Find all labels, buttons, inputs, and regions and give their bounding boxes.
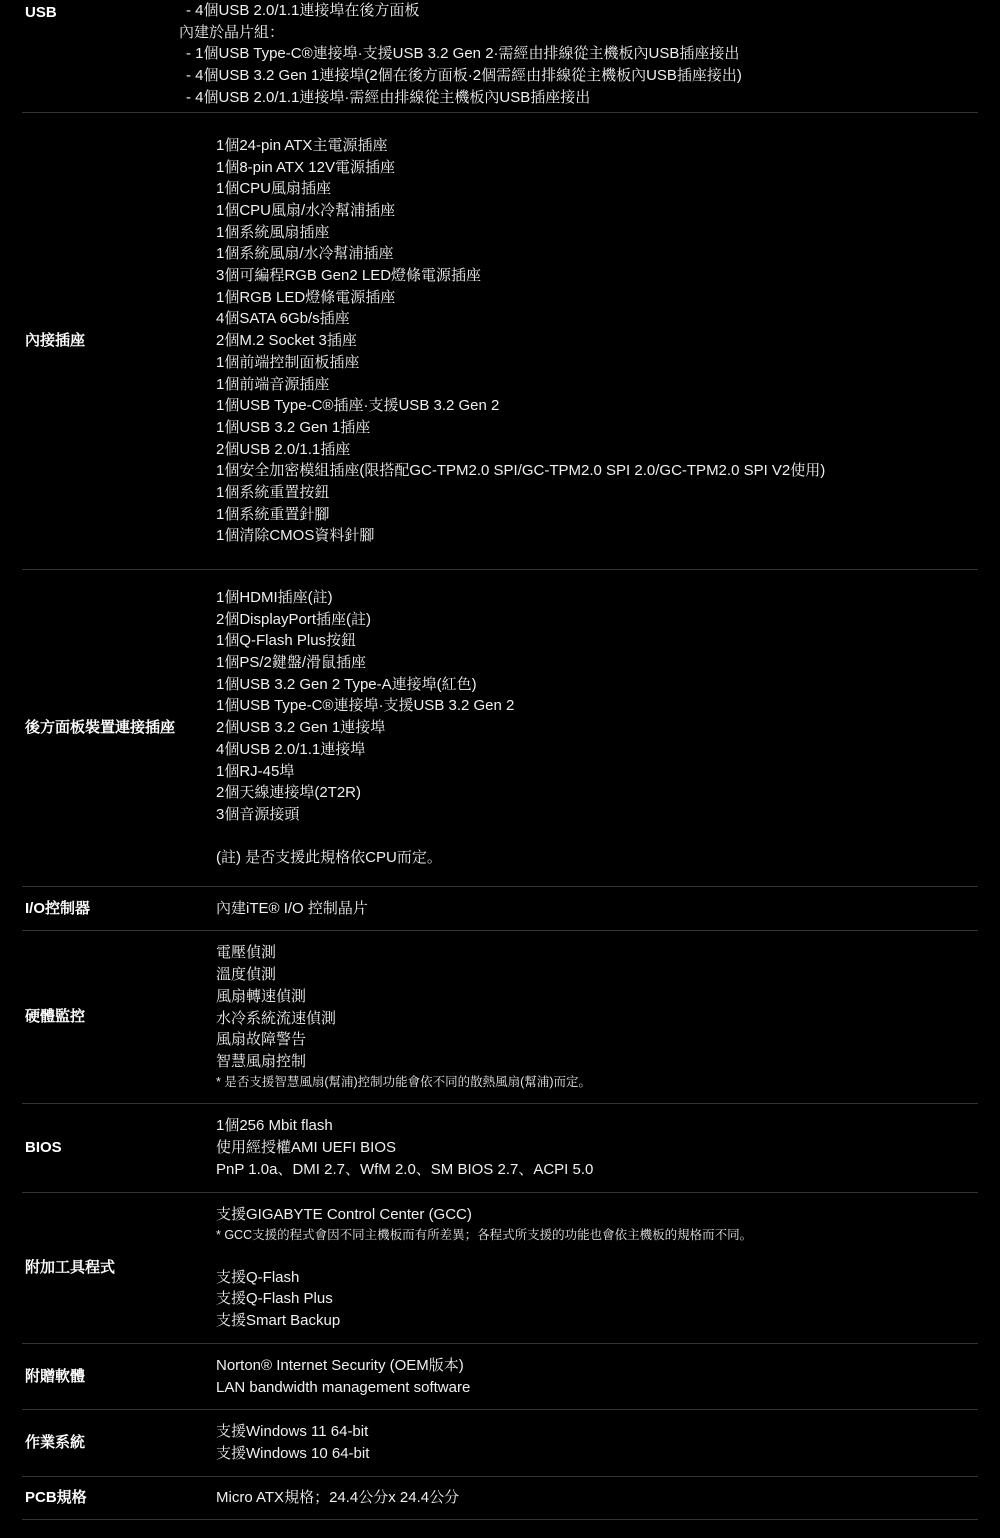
spec-line: 內建iTE® I/O 控制晶片: [216, 898, 978, 920]
spec-line: 1個RGB LED燈條電源插座: [216, 287, 978, 309]
spec-line: 1個前端控制面板插座: [216, 352, 978, 374]
spec-line: 1個系統風扇/水冷幫浦插座: [216, 243, 978, 265]
spec-line: 1個USB 3.2 Gen 2 Type-A連接埠(紅色): [216, 674, 978, 696]
spec-row-content: 電壓偵測溫度偵測風扇轉速偵測水冷系統流速偵測風扇故障警告智慧風扇控制* 是否支援…: [216, 942, 978, 1091]
spec-line: 1個安全加密模組插座(限搭配GC-TPM2.0 SPI/GC-TPM2.0 SP…: [216, 460, 978, 482]
spec-line: 1個系統重置按鈕: [216, 482, 978, 504]
spec-line: - 4個USB 2.0/1.1連接埠在後方面板: [179, 0, 978, 22]
spec-line: 2個DisplayPort插座(註): [216, 609, 978, 631]
spec-line: 1個CPU風扇插座: [216, 178, 978, 200]
spec-line: 1個清除CMOS資料針腳: [216, 525, 978, 547]
spec-row-label: 內接插座: [22, 331, 216, 351]
spec-line: 4個USB 2.0/1.1連接埠: [216, 739, 978, 761]
spec-row: 附贈軟體Norton® Internet Security (OEM版本)LAN…: [22, 1344, 978, 1410]
spec-line: Micro ATX規格；24.4公分x 24.4公分: [216, 1487, 978, 1509]
spec-row: BIOS1個256 Mbit flash使用經授權AMI UEFI BIOSPn…: [22, 1104, 978, 1193]
spec-line-gap: [216, 1245, 978, 1267]
spec-row: 內接插座1個24-pin ATX主電源插座1個8-pin ATX 12V電源插座…: [22, 113, 978, 570]
spec-line: * 是否支援智慧風扇(幫浦)控制功能會依不同的散熱風扇(幫浦)而定。: [216, 1073, 978, 1092]
spec-line: - 4個USB 3.2 Gen 1連接埠(2個在後方面板·2個需經由排線從主機板…: [179, 65, 978, 87]
spec-line: 1個系統風扇插座: [216, 222, 978, 244]
spec-line: 1個USB 3.2 Gen 1插座: [216, 417, 978, 439]
spec-row-label: 附加工具程式: [22, 1258, 216, 1278]
spec-line-gap: [216, 826, 978, 848]
spec-line: 1個Q-Flash Plus按鈕: [216, 630, 978, 652]
spec-line: 溫度偵測: [216, 964, 978, 986]
spec-line: 3個音源接頭: [216, 804, 978, 826]
spec-line: 支援Smart Backup: [216, 1310, 978, 1332]
spec-line: 1個RJ-45埠: [216, 761, 978, 783]
spec-row-label: 硬體監控: [22, 1007, 216, 1027]
spec-line: 3個可編程RGB Gen2 LED燈條電源插座: [216, 265, 978, 287]
spec-line: 1個HDMI插座(註): [216, 587, 978, 609]
spec-line: * GCC支援的程式會因不同主機板而有所差異；各程式所支援的功能也會依主機板的規…: [216, 1226, 978, 1245]
spec-line: 支援Windows 11 64-bit: [216, 1421, 978, 1443]
spec-line: 2個M.2 Socket 3插座: [216, 330, 978, 352]
spec-row: PCB規格Micro ATX規格；24.4公分x 24.4公分: [22, 1477, 978, 1520]
spec-line: 支援GIGABYTE Control Center (GCC): [216, 1204, 978, 1226]
spec-line: 1個8-pin ATX 12V電源插座: [216, 157, 978, 179]
spec-row-label: USB: [22, 0, 179, 23]
spec-row-content: 1個HDMI插座(註)2個DisplayPort插座(註)1個Q-Flash P…: [216, 587, 978, 869]
spec-line: 風扇轉速偵測: [216, 986, 978, 1008]
spec-row-label: 後方面板裝置連接插座: [22, 718, 216, 738]
spec-line: 2個USB 3.2 Gen 1連接埠: [216, 717, 978, 739]
spec-row-content: 內建iTE® I/O 控制晶片: [216, 898, 978, 920]
spec-line: 智慧風扇控制: [216, 1051, 978, 1073]
spec-row-content: Micro ATX規格；24.4公分x 24.4公分: [216, 1487, 978, 1509]
spec-row-label: PCB規格: [22, 1488, 216, 1508]
spec-line: Norton® Internet Security (OEM版本): [216, 1355, 978, 1377]
spec-line: 使用經授權AMI UEFI BIOS: [216, 1137, 978, 1159]
spec-row: 附加工具程式支援GIGABYTE Control Center (GCC)* G…: [22, 1193, 978, 1344]
spec-line: 支援Q-Flash: [216, 1267, 978, 1289]
spec-line: LAN bandwidth management software: [216, 1377, 978, 1399]
spec-row-label: BIOS: [22, 1138, 216, 1158]
spec-line: 1個USB Type-C®插座·支援USB 3.2 Gen 2: [216, 395, 978, 417]
spec-row-label: I/O控制器: [22, 899, 216, 919]
spec-row: I/O控制器內建iTE® I/O 控制晶片: [22, 887, 978, 931]
spec-row-content: 支援Windows 11 64-bit支援Windows 10 64-bit: [216, 1421, 978, 1464]
spec-row: 硬體監控電壓偵測溫度偵測風扇轉速偵測水冷系統流速偵測風扇故障警告智慧風扇控制* …: [22, 931, 978, 1104]
spec-line: - 1個USB Type-C®連接埠·支援USB 3.2 Gen 2·需經由排線…: [179, 43, 978, 65]
spec-row: USB- 4個USB 2.0/1.1連接埠在後方面板內建於晶片組：- 1個USB…: [22, 0, 978, 113]
spec-line: PnP 1.0a、DMI 2.7、WfM 2.0、SM BIOS 2.7、ACP…: [216, 1159, 978, 1181]
spec-line: 1個USB Type-C®連接埠·支援USB 3.2 Gen 2: [216, 695, 978, 717]
spec-line: 支援Windows 10 64-bit: [216, 1443, 978, 1465]
spec-line: 4個SATA 6Gb/s插座: [216, 308, 978, 330]
spec-line: 1個CPU風扇/水冷幫浦插座: [216, 200, 978, 222]
spec-line: 內建於晶片組：: [179, 22, 978, 44]
spec-line: 水冷系統流速偵測: [216, 1008, 978, 1030]
spec-row: 作業系統支援Windows 11 64-bit支援Windows 10 64-b…: [22, 1410, 978, 1477]
spec-line: 支援Q-Flash Plus: [216, 1288, 978, 1310]
spec-row-label: 附贈軟體: [22, 1367, 216, 1387]
spec-line: (註) 是否支援此規格依CPU而定。: [216, 847, 978, 869]
spec-line: 1個24-pin ATX主電源插座: [216, 135, 978, 157]
spec-line: - 4個USB 2.0/1.1連接埠·需經由排線從主機板內USB插座接出: [179, 87, 978, 109]
spec-row-label: 作業系統: [22, 1433, 216, 1453]
spec-row-content: 支援GIGABYTE Control Center (GCC)* GCC支援的程…: [216, 1204, 978, 1332]
spec-line: 2個天線連接埠(2T2R): [216, 782, 978, 804]
spec-line: 1個PS/2鍵盤/滑鼠插座: [216, 652, 978, 674]
spec-row-content: 1個24-pin ATX主電源插座1個8-pin ATX 12V電源插座1個CP…: [216, 135, 978, 547]
spec-line: 1個256 Mbit flash: [216, 1115, 978, 1137]
spec-line: 2個USB 2.0/1.1插座: [216, 439, 978, 461]
spec-row-content: Norton® Internet Security (OEM版本)LAN ban…: [216, 1355, 978, 1398]
spec-table: USB- 4個USB 2.0/1.1連接埠在後方面板內建於晶片組：- 1個USB…: [0, 0, 1000, 1520]
spec-row-content: 1個256 Mbit flash使用經授權AMI UEFI BIOSPnP 1.…: [216, 1115, 978, 1180]
spec-row-content: - 4個USB 2.0/1.1連接埠在後方面板內建於晶片組：- 1個USB Ty…: [179, 0, 978, 109]
spec-line: 1個系統重置針腳: [216, 504, 978, 526]
spec-row: 後方面板裝置連接插座1個HDMI插座(註)2個DisplayPort插座(註)1…: [22, 570, 978, 887]
spec-line: 電壓偵測: [216, 942, 978, 964]
spec-line: 1個前端音源插座: [216, 374, 978, 396]
spec-line: 風扇故障警告: [216, 1029, 978, 1051]
